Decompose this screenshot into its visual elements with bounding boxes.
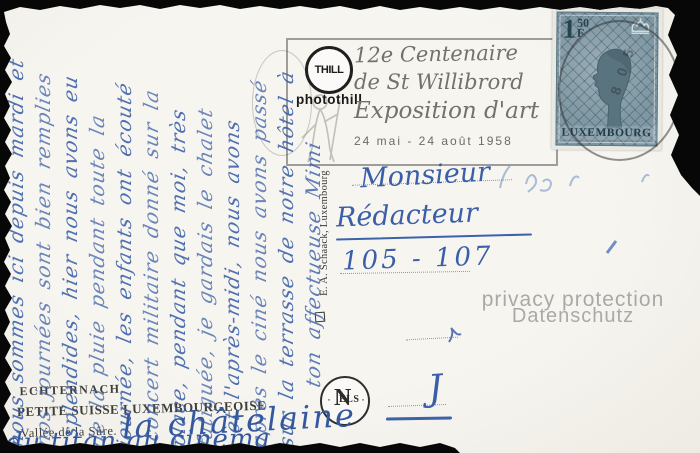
slogan-line-3: Exposition d'art (354, 98, 539, 124)
message-line: et l'après-midi, nous avons (219, 2, 246, 450)
message-line: splendides, hier nous avons eu (57, 2, 84, 450)
ink-tick-mark (446, 325, 464, 345)
message-line: sur la terrasse de notre hôtel à (273, 2, 300, 450)
slogan-line-2: de St Willibrord (354, 70, 524, 94)
message-line: place, pendant que moi, très (165, 2, 192, 450)
ink-underline (336, 233, 532, 240)
ink-underline (386, 416, 452, 420)
handwriting-titan: du titan au cinéma. (6, 424, 281, 453)
address-line-monsieur: Monsieur (359, 157, 491, 195)
postcard-back: nous sommes ici depuis mardi et nos jour… (0, 0, 700, 453)
handwritten-message: nous sommes ici depuis mardi et nos jour… (3, 5, 333, 447)
message-line: concert militaire donné sur la (138, 2, 165, 450)
message-line: fatiguée, je gardais le chalet (192, 2, 219, 450)
address-line-number: 105 - 107 (342, 241, 495, 276)
slogan-line-4: 24 mai - 24 août 1958 (354, 134, 513, 148)
nels-dot: · (361, 392, 365, 406)
message-line: nous sommes ici depuis mardi et (3, 2, 30, 450)
message-line: ton affectueuse Mimi (300, 2, 327, 450)
message-line: nos journées sont bien remplies (30, 2, 57, 450)
privacy-watermark: privacy protection Datenschutz (468, 291, 678, 325)
faded-ink-marks (492, 160, 672, 196)
address-city-initial: J (427, 368, 444, 410)
message-line: de la pluie pendant toute la (84, 2, 111, 450)
message-line: journée, les enfants ont écouté (111, 2, 138, 450)
slogan-line-1: 12e Centenaire (354, 41, 518, 68)
ink-slash-mark (604, 238, 620, 256)
address-line-redacteur: Rédacteur (336, 198, 479, 234)
message-line: après le ciné nous avons passé (246, 2, 273, 450)
